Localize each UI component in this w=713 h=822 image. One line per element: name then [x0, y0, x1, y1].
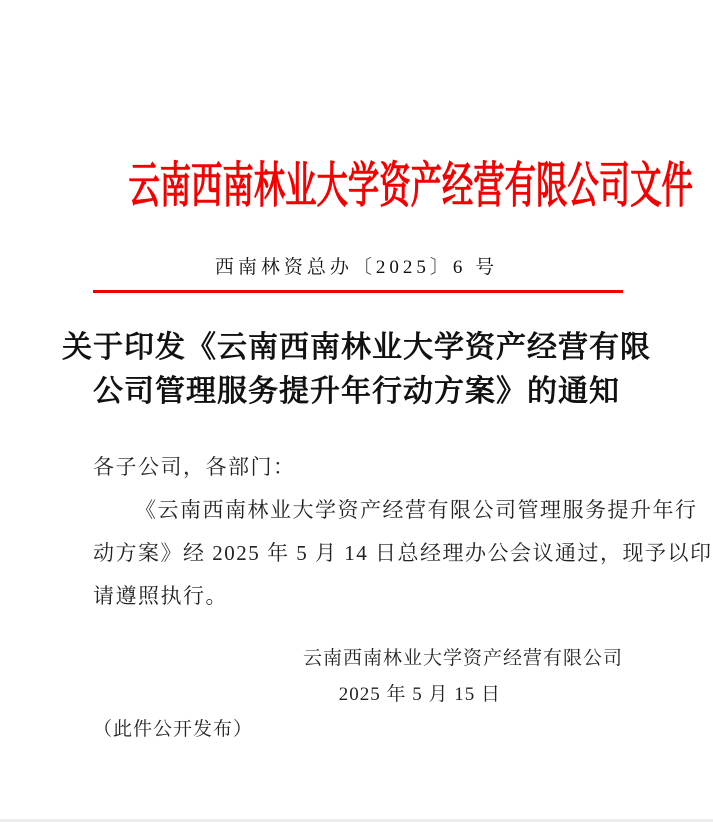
public-release-note: （此件公开发布） — [93, 718, 253, 741]
paragraph-line-1: 《云南西南林业大学资产经营有限公司管理服务提升年行 — [93, 489, 623, 532]
body-text: 各子公司，各部门： 《云南西南林业大学资产经营有限公司管理服务提升年行 动方案》… — [93, 446, 623, 618]
paragraph-line-2: 动方案》经 2025 年 5 月 14 日总经理办公会议通过，现予以印发， — [93, 532, 623, 575]
salutation-line: 各子公司，各部门： — [93, 446, 623, 489]
signature-date: 2025 年 5 月 15 日 — [0, 684, 501, 706]
signature-org-name: 云南西南林业大学资产经营有限公司 — [0, 648, 623, 670]
document-number: 西南林资总办〔2025〕6 号 — [0, 257, 713, 279]
red-header-org-title: 云南西南林业大学资产经营有限公司文件 — [128, 160, 584, 212]
document-page: 云南西南林业大学资产经营有限公司文件 西南林资总办〔2025〕6 号 关于印发《… — [0, 0, 713, 822]
red-divider-line — [93, 290, 623, 293]
notice-title-line-1: 关于印发《云南西南林业大学资产经营有限 — [0, 326, 713, 370]
notice-title: 关于印发《云南西南林业大学资产经营有限 公司管理服务提升年行动方案》的通知 — [0, 326, 713, 414]
paragraph-line-3: 请遵照执行。 — [93, 575, 623, 618]
notice-title-line-2: 公司管理服务提升年行动方案》的通知 — [0, 370, 713, 414]
